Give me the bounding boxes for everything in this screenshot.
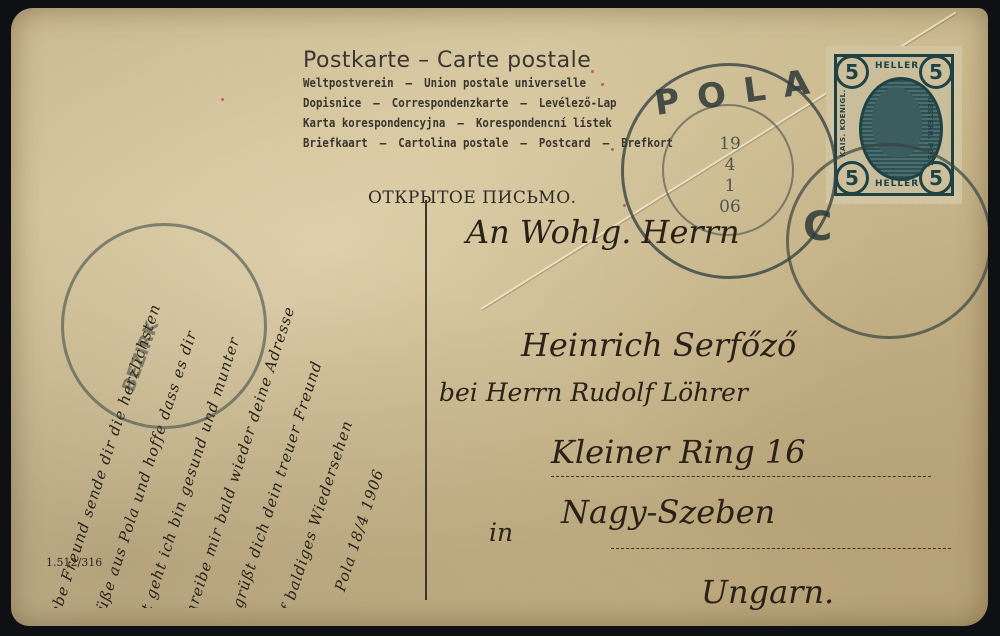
address-name: Heinrich Serfőző [521, 326, 796, 364]
address-street: Kleiner Ring 16 [551, 433, 806, 471]
address-country: Ungarn. [701, 573, 834, 611]
address-salutation: An Wohlg. Herrn [466, 213, 740, 251]
stamp-value-tl: 5 [835, 55, 869, 89]
stamp-left-inscription: KAIS. KOENIGL. [839, 89, 847, 157]
header-dash: — [406, 75, 412, 90]
header-dash: — [520, 95, 526, 110]
postmark-day: 19 [710, 134, 750, 155]
stamp-value-tr: 5 [919, 55, 953, 89]
message-signature: Pola 18/4 1906 [331, 467, 388, 594]
header-dash: — [373, 95, 379, 110]
header-text: Union postale universelle [424, 75, 586, 90]
stamp-top-word: HELLER [875, 61, 919, 71]
address-city: Nagy-Szeben [561, 493, 775, 531]
header-text: Weltpostverein [303, 75, 394, 90]
address-underline [551, 476, 931, 478]
address-city-prefix: in [489, 518, 513, 547]
address-care-of: bei Herrn Rudolf Löhrer [439, 378, 748, 407]
header-dash: — [457, 115, 463, 130]
header-text: Levélező-Lap [539, 95, 617, 110]
header-russian: ОТКРЫТОЕ ПИСЬМО. [368, 188, 577, 208]
header-text: Cartolina postale [398, 135, 508, 150]
header-title: Postkarte – Carte postale [303, 48, 747, 73]
postmark-secondary: C [786, 143, 988, 339]
header-text: Postcard [539, 135, 591, 150]
printer-number: 1.512/316 [46, 556, 102, 569]
header-line-1: Weltpostverein—Union postale universelle [303, 73, 685, 93]
header-text: Korespondencní lístek [476, 115, 612, 130]
header-dash: – [603, 135, 609, 150]
address-divider-line [425, 200, 427, 600]
postmark-month: 4 [710, 155, 750, 176]
postcard: Liebe Freund sende dir die herzlichsten … [11, 8, 988, 626]
header-text: Dopisnice [303, 95, 361, 110]
postmark-secondary-text: C [803, 204, 832, 250]
postmark-left: BEZIRK [61, 223, 267, 429]
header-dash: – [520, 135, 526, 150]
header-text: Correspondenzkarte [392, 95, 509, 110]
header-text: Karta korespondencyjna [303, 115, 445, 130]
header-text: Briefkaart [303, 135, 368, 150]
header-line-2: Dopisnice—Correspondenzkarte—Levélező-La… [303, 93, 685, 113]
postmark-left-text: BEZIRK [118, 318, 163, 394]
postmark-hour: 1 [710, 176, 750, 197]
postmark-date: 19 4 1 06 [710, 134, 750, 218]
address-underline [611, 548, 951, 550]
header-dash: – [380, 135, 386, 150]
